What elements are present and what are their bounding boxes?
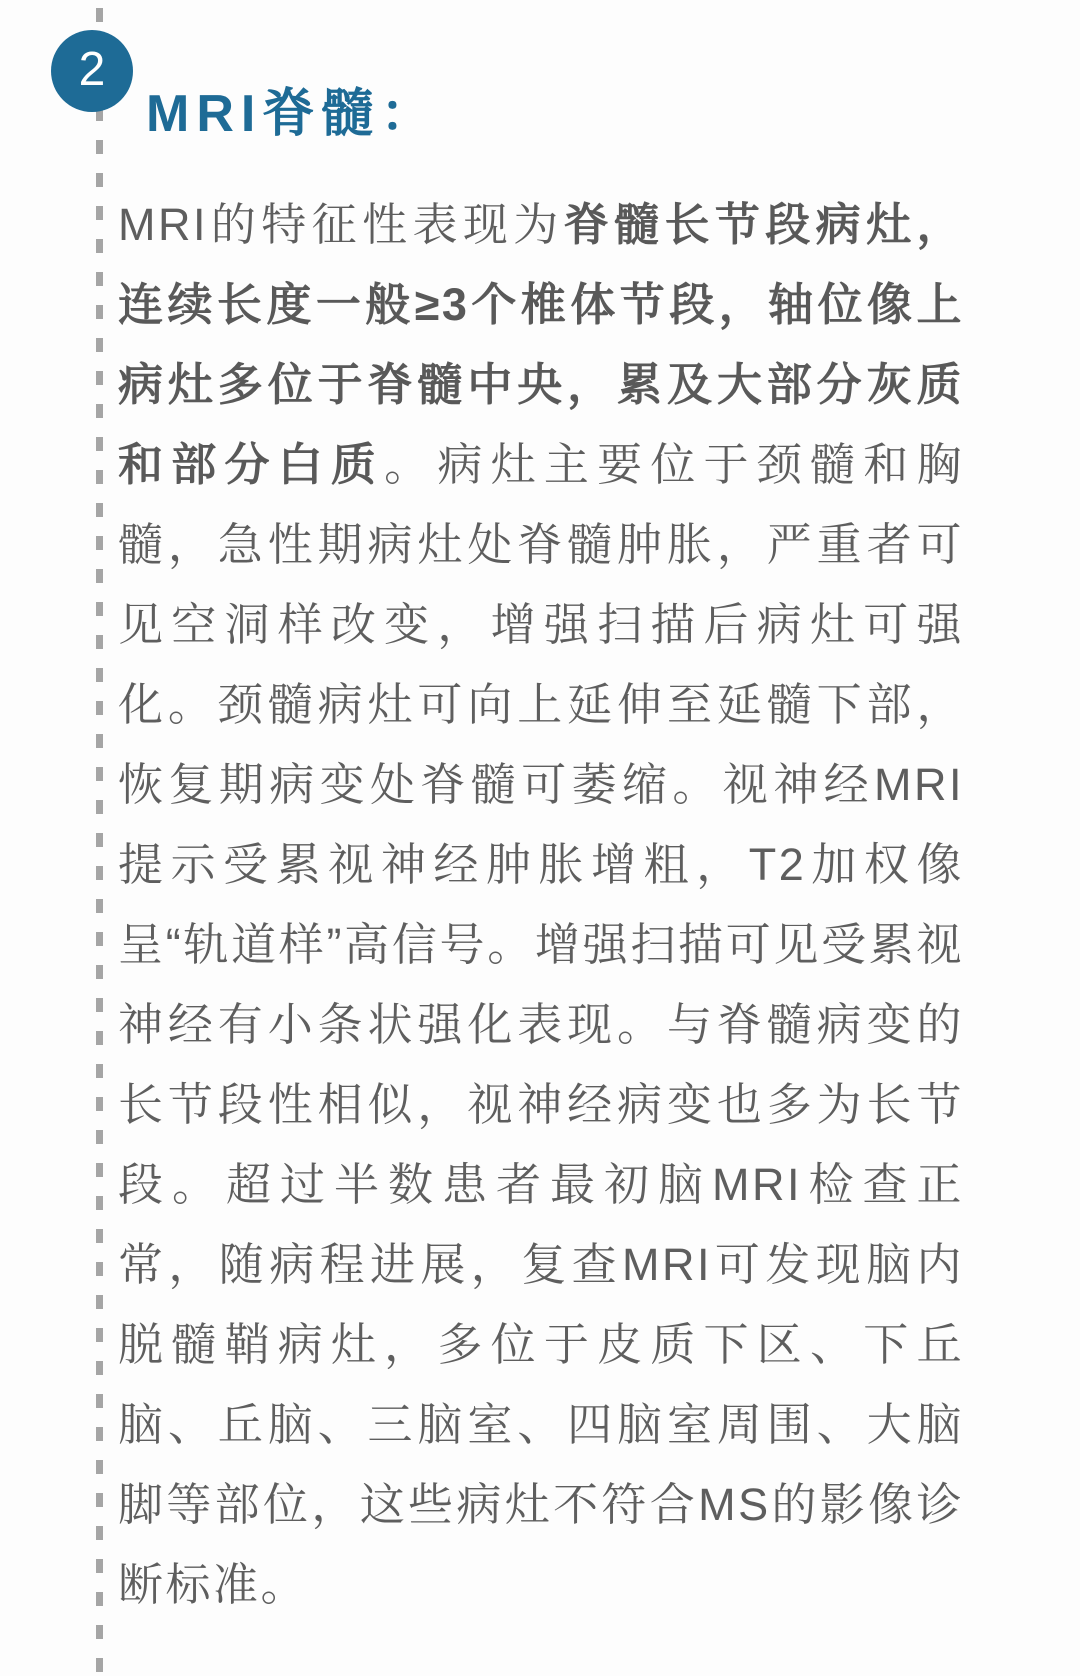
section-number: 2 xyxy=(79,46,106,94)
section-number-badge: 2 xyxy=(51,30,133,112)
timeline-dashed-line xyxy=(96,8,103,1676)
section-heading: MRI脊髓： xyxy=(146,81,439,147)
paragraph-text-run: MRI的特征性表现为 xyxy=(118,199,564,250)
paragraph-text-run: 。病灶主要位于颈髓和胸髓，急性期病灶处脊髓肿胀，严重者可见空洞样改变，增强扫描后… xyxy=(118,439,964,1610)
article-paragraph: MRI的特征性表现为脊髓长节段病灶，连续长度一般≥3个椎体节段，轴位像上病灶多位… xyxy=(118,185,964,1625)
article-page: 2 MRI脊髓： MRI的特征性表现为脊髓长节段病灶，连续长度一般≥3个椎体节段… xyxy=(0,0,1080,1676)
